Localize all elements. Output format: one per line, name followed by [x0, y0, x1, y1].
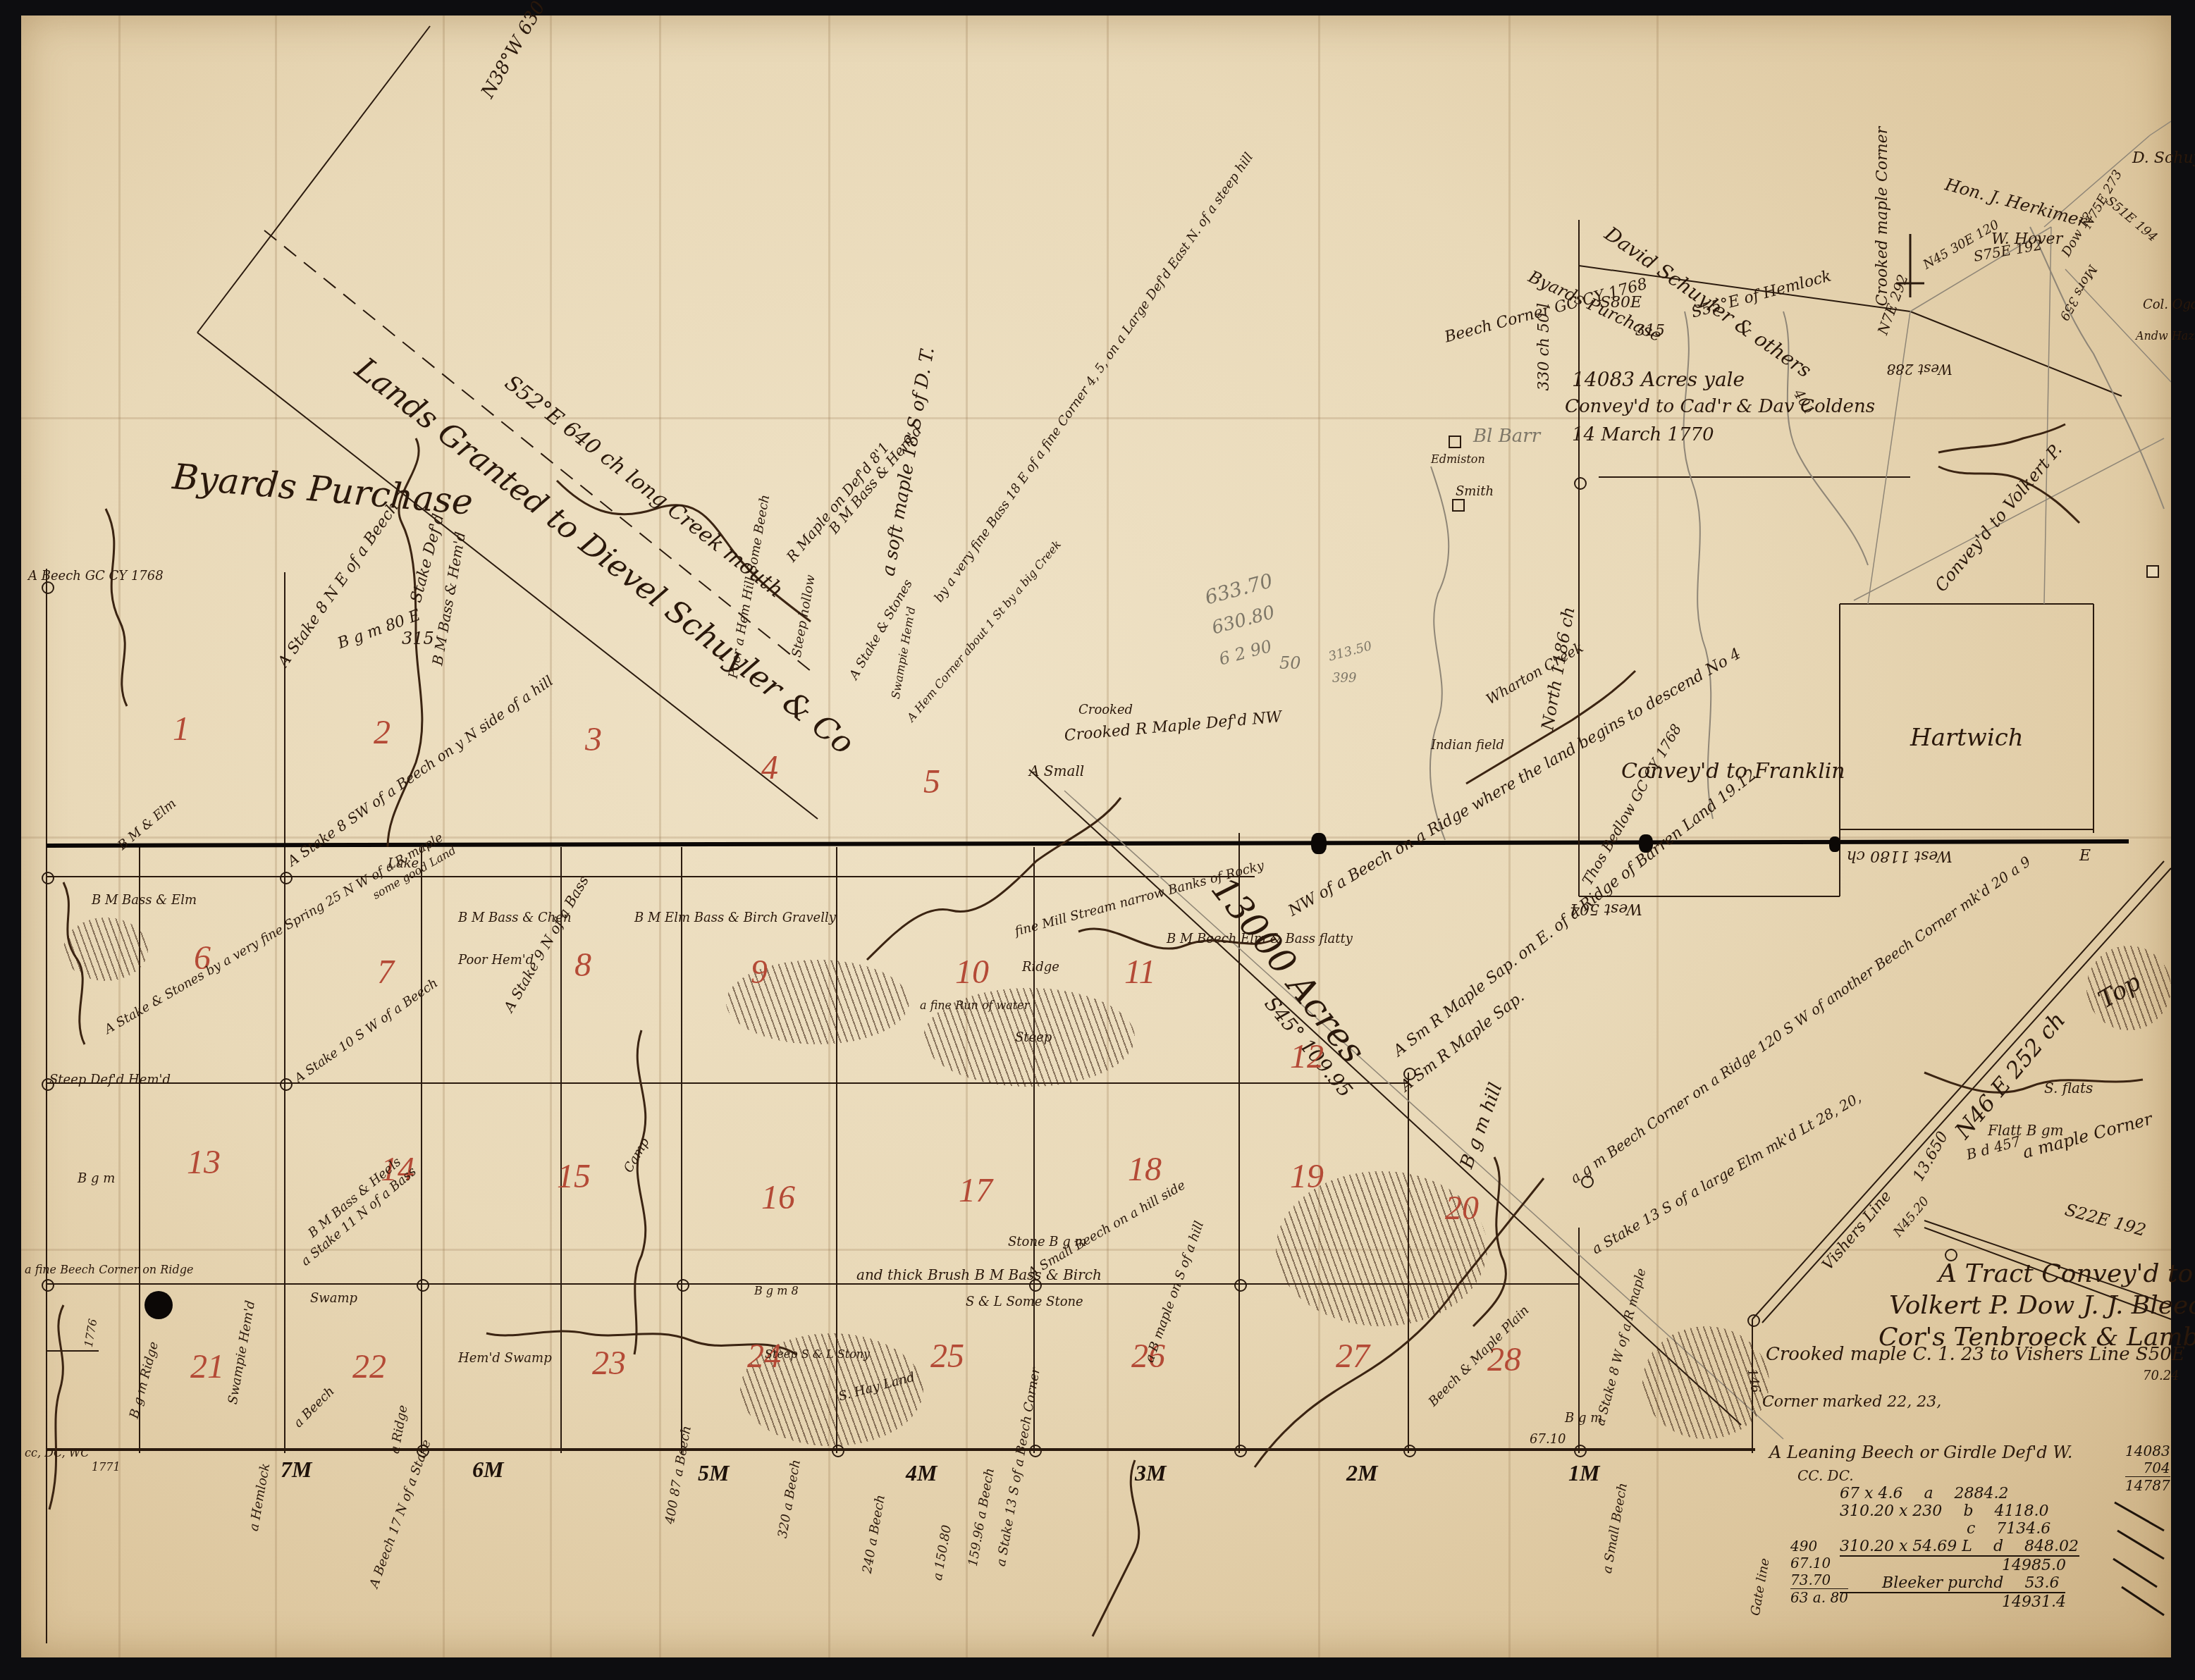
boundary-note: Flatt B gm — [1988, 1122, 2063, 1139]
field-note: B M Elm Bass & Birch Gravelly — [634, 910, 836, 925]
survey-corner-marker — [1574, 1445, 1587, 1457]
calc-value: 63 a. 80 — [1790, 1588, 1848, 1606]
lot-number: 8 — [574, 946, 591, 984]
tract-conveyed-line2: Volkert P. Dow J. J. Bleecker — [1889, 1291, 2195, 1320]
settler-label: W. Hover — [1991, 230, 2062, 248]
calc-value: 704 — [2125, 1459, 2170, 1476]
lot-number: 10 — [955, 953, 989, 992]
tract-label-colden-conveyed: Convey'd to Cad'r & Dav Coldens — [1565, 396, 1875, 417]
calc-formula: 310.20 x 54.69 L — [1840, 1538, 1972, 1555]
lot-number: 22 — [352, 1347, 386, 1386]
pencil-sum: 399 — [1332, 671, 1356, 686]
lot-number: 2 — [374, 713, 391, 752]
lot-number: 3 — [585, 720, 602, 759]
boundary-note: West 288 — [1886, 361, 1953, 378]
field-note: Crooked maple C. 1. 23 to Vishers Line S… — [1766, 1344, 2185, 1365]
survey-corner-marker — [1234, 1279, 1247, 1292]
calc-value: 53.6 — [2024, 1574, 2059, 1592]
boundary-note: 70.24 — [2143, 1369, 2179, 1383]
field-note: cc, DC, WC — [25, 1446, 89, 1459]
boundary-note: 315 — [1635, 322, 1665, 340]
calc-label: b — [1963, 1502, 1973, 1520]
boundary-note: West 1180 ch — [1847, 847, 1953, 865]
pencil-sum: 50 — [1279, 653, 1301, 673]
field-note: a fine Beech Corner on Ridge — [25, 1263, 193, 1276]
calc-row-b: 310.20 x 230 b 4118.0 — [1840, 1502, 2065, 1520]
mile-marker: 3M — [1135, 1460, 1166, 1486]
calc-row-d: 310.20 x 54.69 L d 848.02 — [1840, 1538, 2065, 1555]
lot-number: 9 — [751, 953, 768, 992]
lot-number: 12 — [1290, 1037, 1324, 1076]
survey-corner-marker — [280, 1078, 293, 1091]
ink-blot — [145, 1291, 173, 1319]
settler-label: D. Schuyler — [2132, 149, 2195, 167]
hill-hatching — [63, 918, 148, 981]
lot-number: 15 — [557, 1157, 591, 1196]
calc-value: 67.10 — [1790, 1555, 1848, 1571]
calc-label: d — [1993, 1538, 2003, 1555]
calc-subtotal: 14985.0 — [1840, 1555, 2079, 1574]
field-note: A Small — [1029, 762, 1084, 779]
calc-total: 14931.4 — [1840, 1592, 2065, 1611]
field-note: 1771 — [92, 1460, 121, 1474]
ink-blot — [1311, 833, 1327, 854]
lot-number: 16 — [761, 1178, 795, 1217]
survey-corner-marker — [280, 872, 293, 884]
settler-label: Col. Ogden — [2143, 297, 2195, 312]
survey-corner-marker — [42, 1279, 54, 1292]
field-note: S & L Some Stone — [966, 1295, 1083, 1309]
calc-bleeker: Bleeker purchd 53.6 — [1840, 1574, 2065, 1592]
settler-label: Indian field — [1431, 738, 1504, 753]
field-note: Corner marked 22, 23, — [1762, 1393, 1941, 1411]
field-note: Swamp — [310, 1291, 357, 1306]
lot-number: 21 — [190, 1347, 224, 1386]
field-note: Crooked — [1078, 703, 1133, 717]
calc-value: 490 — [1790, 1538, 1848, 1555]
house-icon — [1452, 499, 1465, 512]
lot-number: 5 — [923, 762, 940, 801]
field-note: Poor Hem'd — [458, 953, 534, 968]
field-note: 67.10 — [1530, 1432, 1566, 1447]
field-note: Steep — [1015, 1030, 1052, 1045]
mile-marker: 7M — [281, 1457, 312, 1483]
margin-strokes — [2108, 1495, 2171, 1636]
survey-corner-marker — [1403, 1445, 1416, 1457]
calc-value: 14931.4 — [2002, 1593, 2066, 1611]
mile-marker: 6M — [472, 1457, 503, 1483]
calc-label: a — [1924, 1485, 1933, 1502]
tract-label-colden-acres: 14083 Acres yale — [1572, 368, 1745, 391]
field-note: B M Beech Elm & Bass flatty — [1167, 932, 1353, 946]
field-note: Steep S & L Stony — [765, 1347, 870, 1361]
lot-number: 18 — [1128, 1150, 1162, 1189]
lot-number: 13 — [187, 1143, 221, 1182]
tract-label-hartwich: Hartwich — [1910, 724, 2024, 752]
survey-corner-marker — [417, 1279, 429, 1292]
field-note: B g m 8 — [754, 1284, 799, 1297]
calc-formula: 67 x 4.6 — [1840, 1485, 1902, 1502]
boundary-note: S. flats — [2044, 1080, 2093, 1097]
house-icon — [1449, 436, 1461, 448]
calc-value: 848.02 — [2024, 1538, 2079, 1555]
field-note: 315 — [402, 629, 434, 648]
field-note: and thick Brush B M Bass & Birch — [856, 1266, 1102, 1283]
field-note: CC. DC. — [1797, 1467, 1854, 1484]
lot-number: 25 — [930, 1337, 964, 1376]
survey-corner-marker — [1574, 477, 1587, 490]
settler-label: Andw Hazleton — [2136, 329, 2195, 342]
lot-number: 20 — [1445, 1189, 1479, 1228]
settler-label: Smith — [1456, 484, 1494, 499]
calc-right-sum: 14083 704 14787 — [2125, 1443, 2170, 1494]
mile-marker: 4M — [906, 1460, 937, 1486]
survey-corner-marker — [42, 872, 54, 884]
lot-number: 7 — [377, 953, 394, 992]
calc-value: 7134.6 — [1996, 1520, 2050, 1538]
field-note: A Leaning Beech or Girdle Def'd W. — [1769, 1443, 2072, 1462]
calc-formula: 310.20 x 230 — [1840, 1502, 1942, 1520]
calc-label: Bleeker purchd — [1882, 1574, 2003, 1592]
boundary-note: 330 ch 50 l — [1535, 303, 1553, 391]
calc-row-c: c 7134.6 — [1840, 1520, 2065, 1538]
tract-conveyed-line1: A Tract Convey'd to — [1938, 1259, 2193, 1288]
ink-blot — [1829, 836, 1840, 852]
mile-marker: 2M — [1346, 1460, 1377, 1486]
survey-lines — [21, 16, 2171, 1657]
field-note: a fine Run of water — [920, 999, 1029, 1012]
lot-number: 23 — [592, 1344, 626, 1383]
tract-label-colden-date: 14 March 1770 — [1572, 424, 1714, 445]
survey-corner-marker — [832, 1445, 844, 1457]
survey-corner-marker — [1747, 1314, 1760, 1327]
survey-corner-marker — [677, 1279, 689, 1292]
area-calculations: 67 x 4.6 a 2884.2 310.20 x 230 b 4118.0 … — [1840, 1485, 2065, 1611]
boundary-note: A Beech GC CY 1768 — [28, 569, 164, 583]
calc-row-a: 67 x 4.6 a 2884.2 — [1840, 1485, 2065, 1502]
calc-value: 14787 — [2125, 1476, 2170, 1494]
calc-value: 14083 — [2125, 1443, 2170, 1459]
settler-label: Edmiston — [1431, 452, 1485, 466]
field-note: Ridge — [1022, 960, 1059, 975]
lot-number: 27 — [1336, 1337, 1370, 1376]
survey-map-sheet: Byards Purchase Byards Purchase Lands Gr… — [21, 16, 2171, 1657]
house-icon — [2146, 565, 2159, 578]
calc-value: 4118.0 — [1994, 1502, 2048, 1520]
field-note: B g m — [78, 1171, 115, 1186]
survey-corner-marker — [1234, 1445, 1247, 1457]
boundary-note: Crooked maple Corner — [1874, 127, 1891, 307]
settler-label: Bl Barr — [1473, 426, 1540, 447]
mile-marker: 1M — [1568, 1460, 1599, 1486]
boundary-note: S80E — [1600, 294, 1642, 311]
field-note: Hem'd Swamp — [458, 1351, 552, 1366]
field-note: Steep Def'd Hem'd — [49, 1073, 171, 1087]
lot-number: 17 — [959, 1171, 992, 1210]
lot-number: 4 — [761, 748, 778, 787]
field-note: B M Bass & Elm — [92, 893, 197, 908]
lot-number: 11 — [1124, 953, 1155, 992]
lot-number: 19 — [1290, 1157, 1324, 1196]
survey-corner-marker — [1029, 1445, 1042, 1457]
lot-number: 1 — [173, 710, 190, 748]
boundary-note: E — [2079, 847, 2091, 865]
calc-label: c — [1967, 1520, 1975, 1538]
calc-value: 73.70 — [1790, 1571, 1848, 1588]
calc-left-column: 490 67.10 73.70 63 a. 80 — [1790, 1538, 1848, 1606]
calc-value: 2884.2 — [1955, 1485, 2009, 1502]
calc-value: 14985.0 — [2002, 1557, 2066, 1574]
mile-marker: 5M — [698, 1460, 729, 1486]
